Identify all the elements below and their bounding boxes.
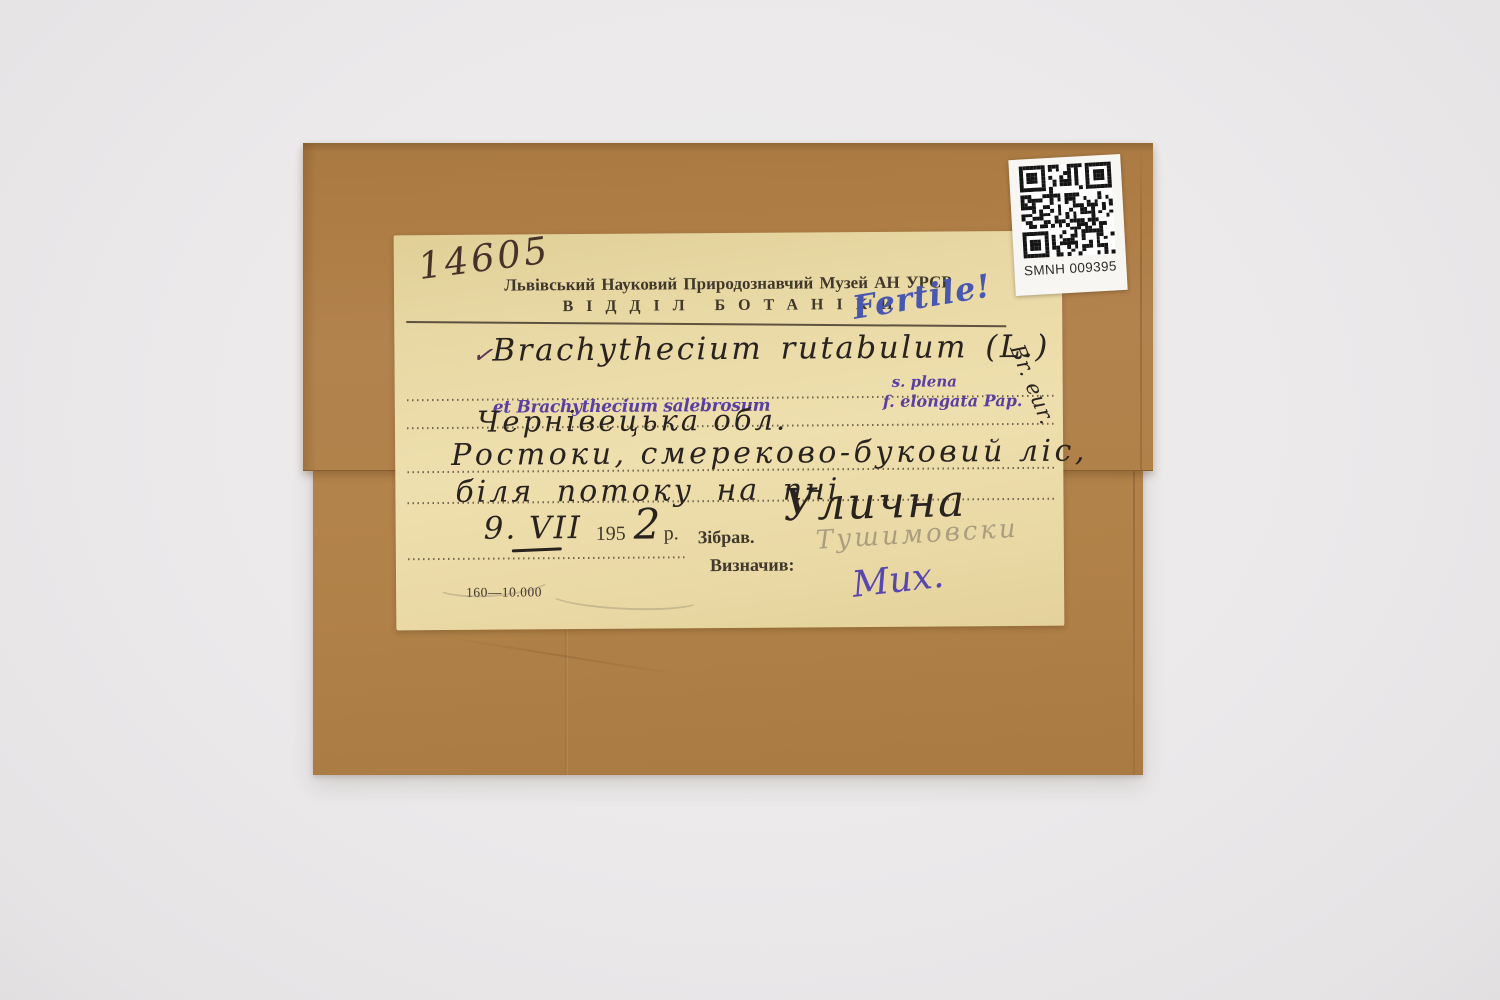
faint-pencil-scribble	[548, 580, 703, 613]
date-underline-stroke	[512, 547, 562, 552]
specimen-label: 14605 Львівський Науковий Природознавчий…	[394, 231, 1065, 631]
violet-annotation-right: f. elongata Pap.	[883, 391, 1023, 411]
barcode-sticker: SMNH 009395	[1008, 154, 1127, 296]
flap-left-fold-shading	[303, 143, 316, 470]
checkmark-annotation: ✓	[471, 340, 495, 370]
species-name-handwritten: Brachythecium rutabulum (L.)	[492, 329, 1050, 369]
barcode-number: SMNH 009395	[1024, 258, 1118, 278]
envelope-vertical-crease	[565, 630, 568, 775]
header-rule-line	[406, 321, 1006, 327]
year-printed: 195	[596, 523, 626, 546]
determined-by-label: Визначив:	[710, 555, 795, 577]
dotted-rule-5	[408, 556, 688, 560]
year-suffix-printed: р.	[664, 522, 679, 545]
determiner-violet-signature: Мих.	[850, 555, 946, 606]
species-authority-handwritten: Br. eur.	[1005, 341, 1060, 429]
flap-right-fold-crease	[1140, 143, 1142, 470]
qr-code	[1019, 162, 1116, 259]
date-day-month-handwritten: 9. VII	[484, 510, 583, 547]
collected-by-label: Зібрав.	[698, 527, 755, 548]
photograph-of-specimen-packet: 14605 Львівський Науковий Природознавчий…	[0, 0, 1500, 1000]
envelope-diagonal-crease	[444, 636, 681, 676]
envelope-right-fold-crease	[1133, 470, 1135, 775]
violet-annotation-small: s. plena	[892, 372, 957, 390]
year-digit-handwritten: 2	[633, 499, 660, 548]
locality-handwritten: Ростоки, смереково-буковий ліс,	[451, 433, 1088, 472]
region-handwritten: Чернівецька обл.	[477, 403, 788, 439]
